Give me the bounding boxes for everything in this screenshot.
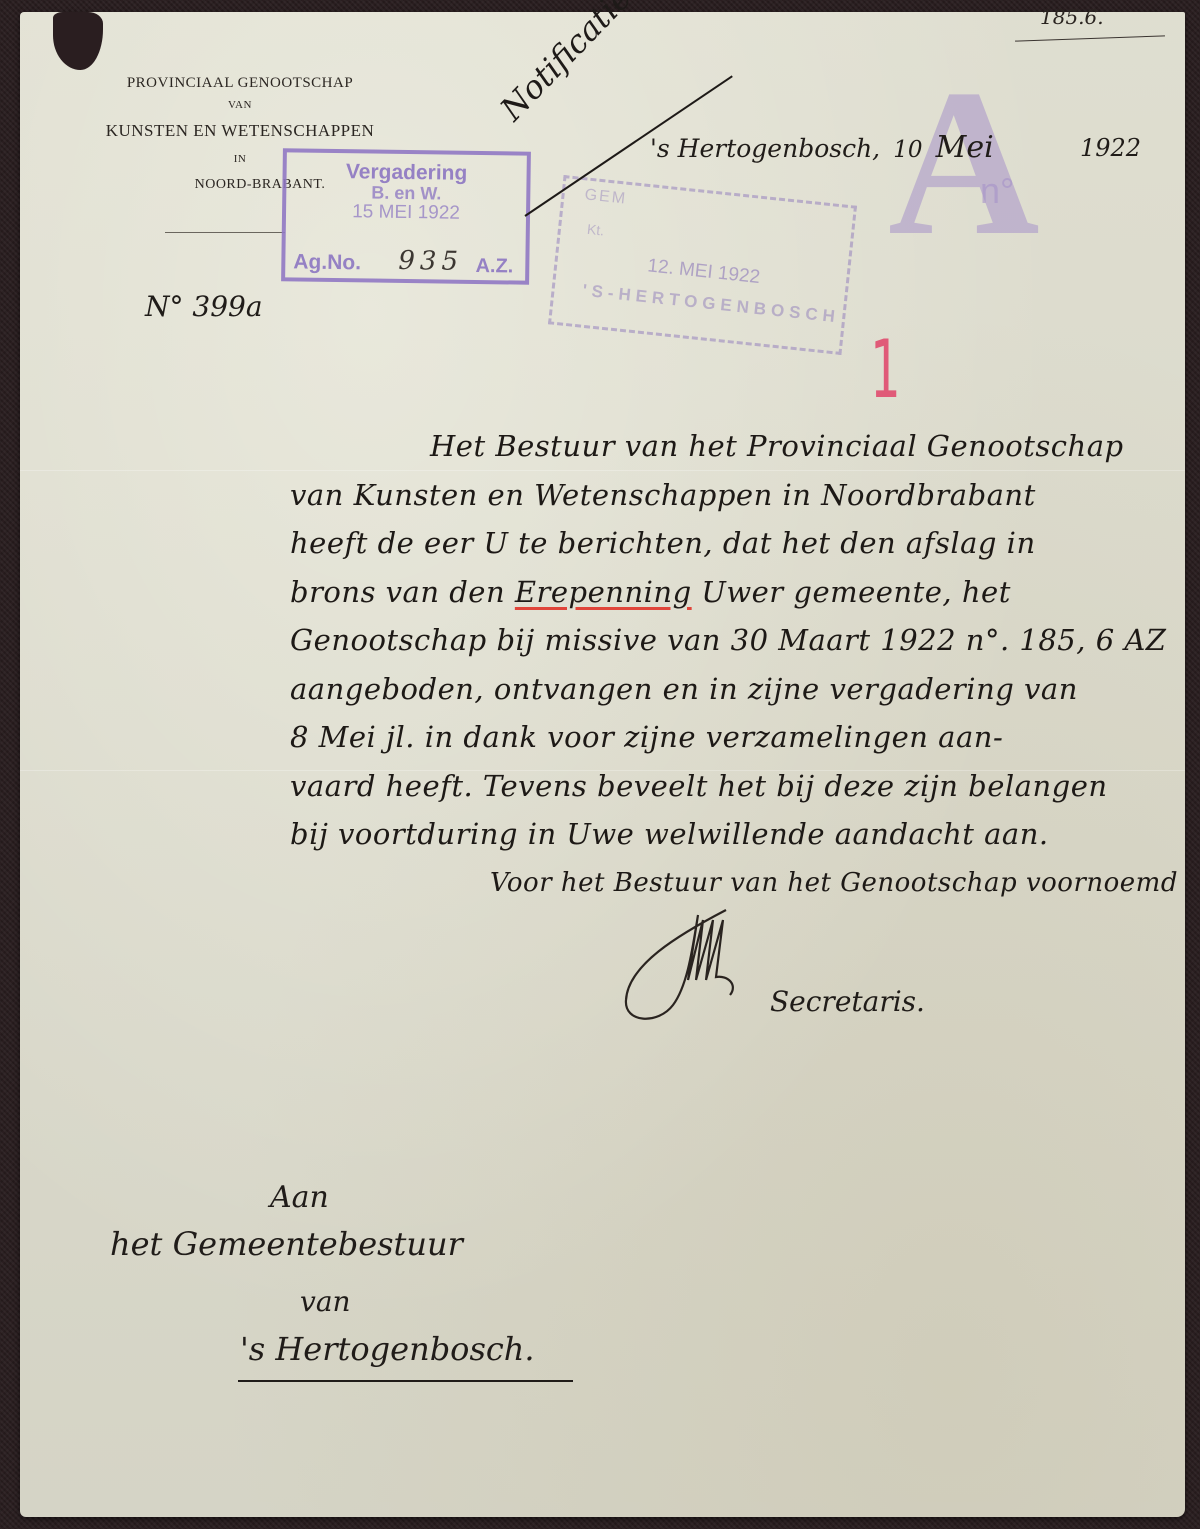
red-pencil-mark: 1	[870, 330, 901, 410]
meeting-stamp-number: 935	[398, 246, 463, 277]
meeting-stamp-suffix: A.Z.	[475, 255, 513, 279]
body-fragment: Uwer gemeente, het	[701, 575, 1010, 609]
address-line: Aan	[270, 1180, 329, 1215]
dateline: 's Hertogenbosch, 10 Mei 1922	[650, 130, 1150, 165]
meeting-stamp-ag-label: Ag.No.	[293, 250, 361, 275]
letter-body: Het Bestuur van het Provinciaal Genootsc…	[290, 422, 1170, 907]
received-stamp-date: 12. MEI 1922	[646, 255, 761, 289]
reference-number: 185.6.	[1040, 5, 1104, 29]
body-line: Genootschap bij missive van 30 Maart 192…	[290, 616, 1170, 665]
body-line: vaard heeft. Tevens beveelt het bij deze…	[290, 762, 1170, 811]
letterhead-rule	[165, 232, 285, 233]
meeting-stamp: Vergadering B. en W. 15 MEI 1922 Ag.No. …	[281, 148, 531, 284]
received-stamp-top: GEM	[584, 186, 628, 208]
underlined-word: Erepenning	[515, 575, 692, 609]
address-underline	[238, 1380, 573, 1382]
dateline-day: 10	[893, 137, 922, 163]
body-line: van Kunsten en Wetenschappen in Noordbra…	[290, 471, 1170, 520]
address-line: het Gemeentebestuur	[110, 1225, 463, 1263]
body-line: 8 Mei jl. in dank voor zijne verzameling…	[290, 713, 1170, 762]
meeting-stamp-date: 15 MEI 1922	[286, 200, 526, 225]
letterhead-line: VAN	[60, 99, 420, 111]
body-line: brons van den Erepenning Uwer gemeente, …	[290, 568, 1170, 617]
received-stamp-mid: Kt.	[586, 221, 605, 239]
stamp-letter-suffix: n°	[980, 170, 1014, 212]
body-fragment: brons van den	[290, 575, 505, 609]
dateline-place: 's Hertogenbosch,	[650, 134, 880, 163]
address-line: van	[300, 1285, 351, 1318]
body-line: aangeboden, ontvangen en in zijne vergad…	[290, 665, 1170, 714]
dateline-month: Mei	[936, 130, 994, 165]
received-stamp: GEM Kt. 12. MEI 1922 'S-HERTOGENBOSCH	[548, 175, 857, 355]
address-line: 's Hertogenbosch.	[240, 1330, 535, 1368]
closing-line: Voor het Bestuur van het Genootschap voo…	[290, 859, 1170, 908]
body-line: bij voortduring in Uwe welwillende aanda…	[290, 810, 1170, 859]
dateline-year: 1922	[1080, 134, 1141, 162]
signature-title: Secretaris.	[770, 985, 925, 1018]
letterhead-line: PROVINCIAAL GENOOTSCHAP	[60, 75, 420, 92]
body-line: heeft de eer U te berichten, dat het den…	[290, 519, 1170, 568]
received-stamp-city: 'S-HERTOGENBOSCH	[582, 281, 841, 328]
document-number: N° 399a	[145, 290, 263, 323]
letterhead-line: KUNSTEN EN WETENSCHAPPEN	[60, 121, 420, 141]
body-line: Het Bestuur van het Provinciaal Genootsc…	[290, 422, 1170, 471]
signature	[618, 905, 768, 1025]
